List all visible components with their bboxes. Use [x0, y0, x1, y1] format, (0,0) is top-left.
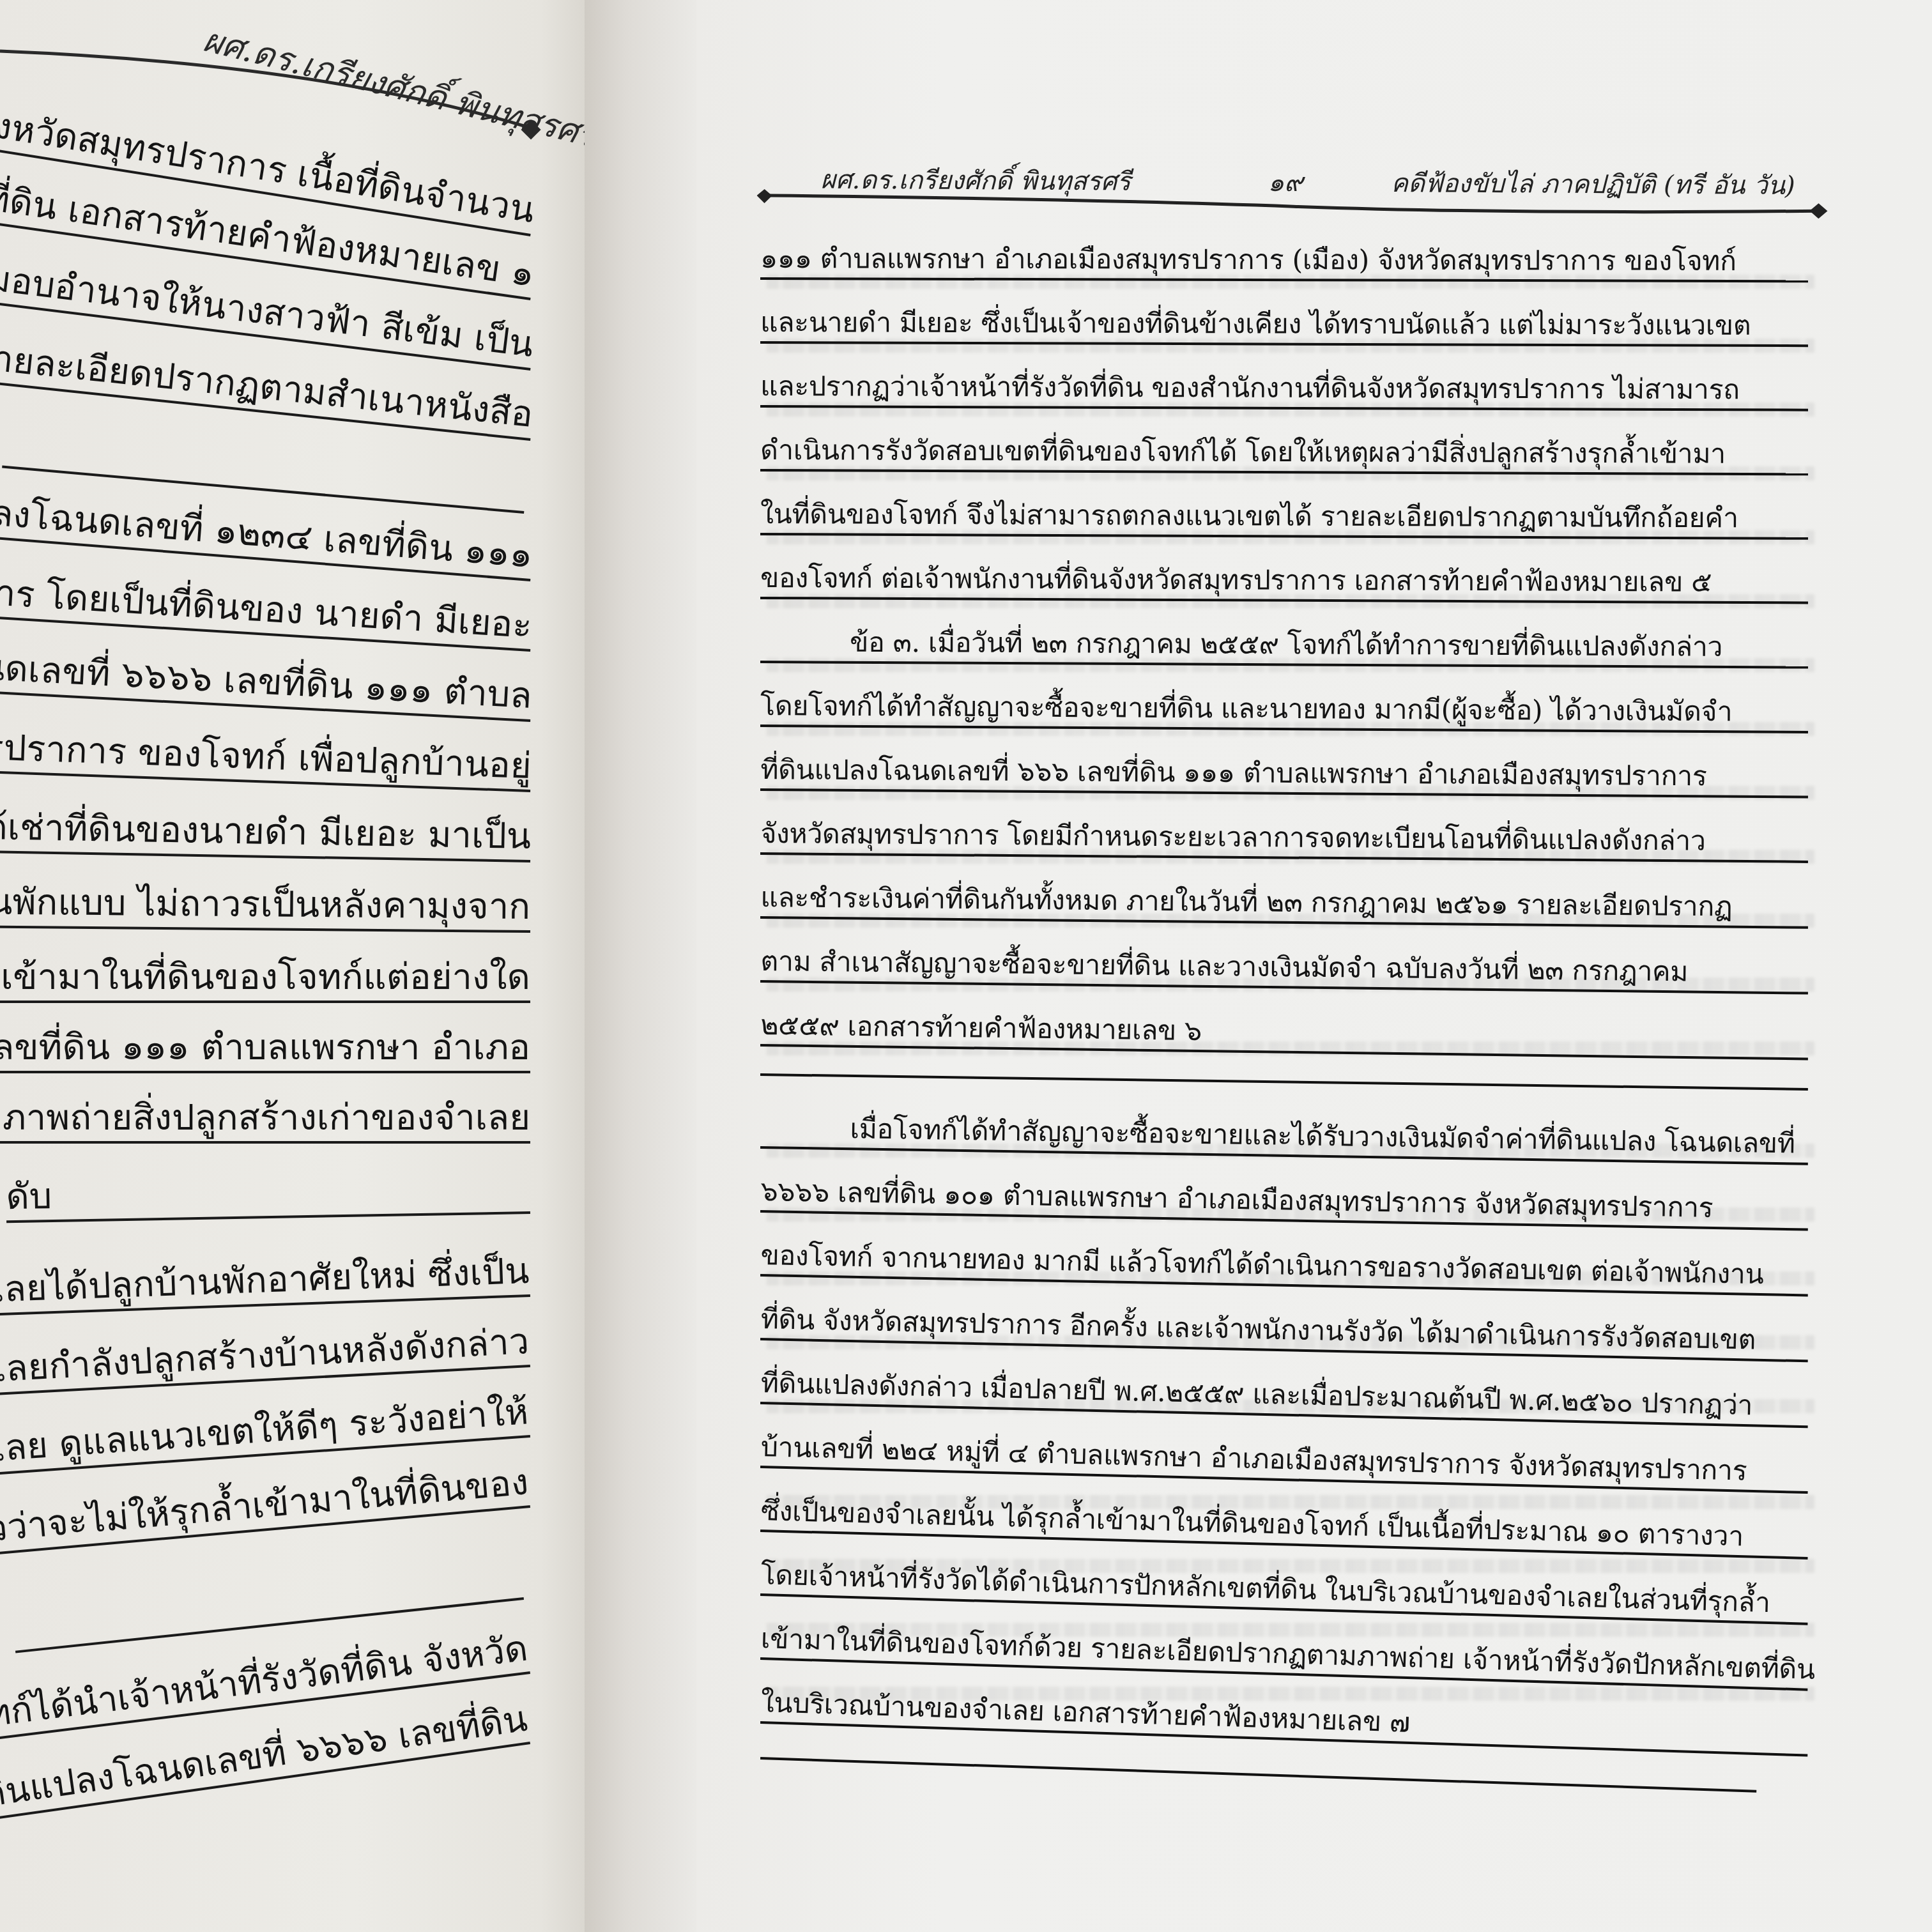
text-line: ข้อ ๓. เมื่อวันที่ ๒๓ กรกฎาคม ๒๕๕๙ โจทก์…: [760, 626, 1808, 669]
right-page: ผศ.ดร.เกรียงศักดิ์ พินทุสรศรี ๑๙ คดีฟ้อง…: [696, 0, 1932, 1932]
left-page: ผศ.ดร.เกรียงศักดิ์ พินทุสรศรี อง) จังหวั…: [0, 0, 588, 1932]
running-head: ผศ.ดร.เกรียงศักดิ์ พินทุสรศรี ๑๙ คดีฟ้อง…: [756, 147, 1830, 217]
text-line: ๖๖๖๖ เลขที่ดิน ๑๐๑ ตำบลแพรกษา อำเภอเมือง…: [760, 1176, 1809, 1231]
text-line: ที่ดิน จังหวัดสมุทรปราการ อีกครั้ง และเจ…: [760, 1303, 1809, 1362]
text-line: ะที่จำเลยกำลังปลูกสร้างบ้านหลังดังกล่าว: [0, 1322, 530, 1400]
text-line: และนายดำ มีเยอะ ซึ่งเป็นเจ้าของที่ดินข้า…: [760, 307, 1808, 347]
text-line: ๑๑๑ ตำบลแพรกษา อำเภอเมืองสมุทรปราการ (เม…: [760, 243, 1808, 282]
text-line: โดยโจทก์ได้ทำสัญญาจะซื้อจะขายที่ดิน และน…: [760, 690, 1808, 733]
text-line: ที่ดินแปลงดังกล่าว เมื่อปลายปี พ.ศ.๒๕๕๙ …: [760, 1367, 1809, 1428]
text-line: ฉนดเลขที่ ๖๖๖๖ เลขที่ดิน ๑๑๑ ตำบล: [0, 647, 533, 722]
text-line: กแล้วว่าจะไม่ให้รุกล้ำเข้ามาในที่ดินของ: [0, 1463, 530, 1561]
text-line: จำเลยได้ปลูกบ้านพักอาศัยใหม่ ซึ่งเป็น: [0, 1252, 530, 1317]
text-line: ของโจทก์ จากนายทอง มากมี แล้วโจทก์ได้ดำเ…: [760, 1239, 1809, 1296]
text-line: ล้ำเข้ามาในที่ดินของโจทก์แต่อย่างใด: [0, 958, 530, 1003]
text-line: กบ้านพักแบบ ไม่ถาวรเป็นหลังคามุงจาก: [0, 883, 531, 933]
text-line: บ้านเลขที่ ๒๒๔ หมู่ที่ ๔ ตำบลแพรกษา อำเภ…: [760, 1431, 1809, 1494]
text-line: ละภาพถ่ายสิ่งปลูกสร้างเก่าของจำเลย: [0, 1099, 530, 1144]
text-line: ดับ: [6, 1169, 530, 1223]
text-line: ของโจทก์ ต่อเจ้าพนักงานที่ดินจังหวัดสมุท…: [760, 562, 1808, 604]
blank-rule: [760, 1757, 1756, 1793]
text-line: และปรากฏว่าเจ้าหน้าที่รังวัดที่ดิน ของสำ…: [760, 371, 1808, 411]
text-line: ๖๖ เลขที่ดิน ๑๑๑ ตำบลแพรกษา อำเภอ: [0, 1029, 530, 1073]
text-line: าเลย ได้เช่าที่ดินของนายดำ มีเยอะ มาเป็น: [0, 806, 531, 862]
blank-rule: [760, 1073, 1808, 1091]
text-line: ในที่ดินของโจทก์ จึงไม่สามารถตกลงแนวเขตไ…: [760, 498, 1808, 540]
text-line: ที่ดินแปลงโฉนดเลขที่ ๖๖๖ เลขที่ดิน ๑๑๑ ต…: [760, 754, 1808, 798]
text-line: มุทรปราการ ของโจทก์ เพื่อปลูกบ้านอยู่: [0, 727, 532, 792]
text-line: ทรปราการ โดยเป็นที่ดินของ นายดำ มีเยอะ: [0, 567, 533, 652]
text-line: ดำเนินการรังวัดสอบเขตที่ดินของโจทก์ได้ โ…: [760, 434, 1808, 475]
